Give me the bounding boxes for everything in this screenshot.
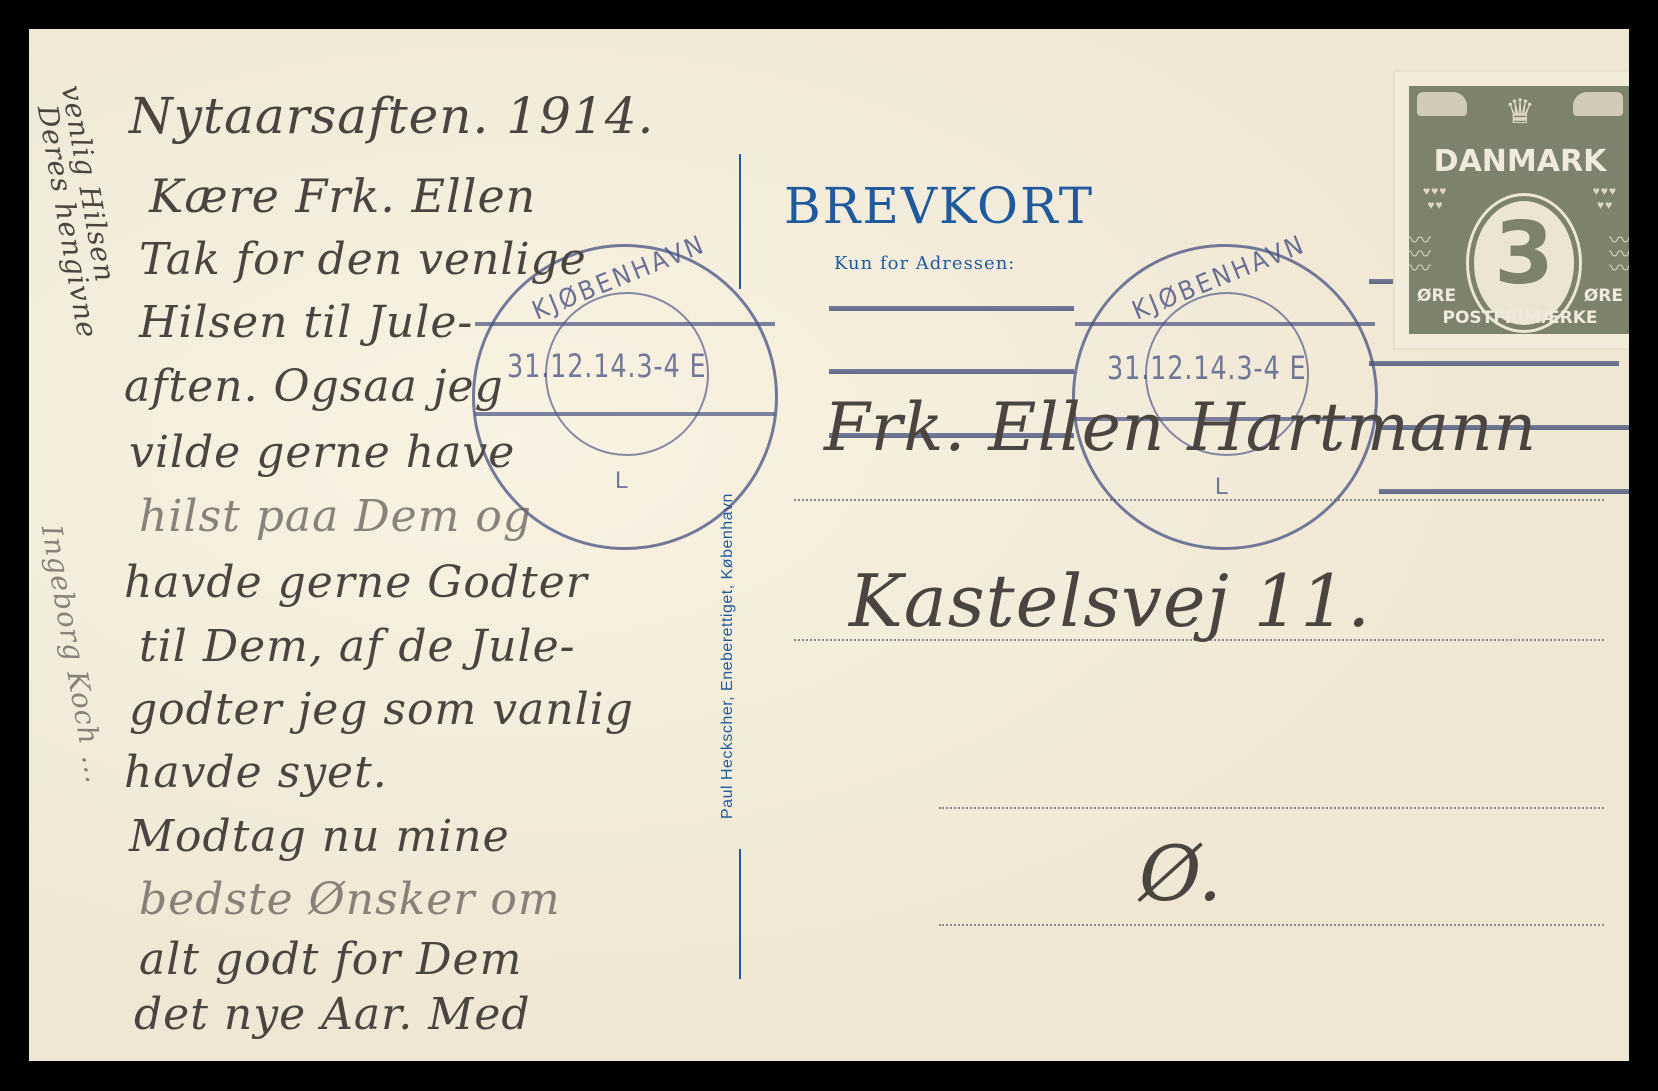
stamp-value: 3 xyxy=(1469,204,1579,304)
divider-bottom xyxy=(739,849,741,979)
message-line: hilst paa Dem og xyxy=(139,491,532,542)
message-line: til Dem, af de Jule- xyxy=(139,621,575,672)
postmark-date: 31.12.14.3-4 E xyxy=(1107,349,1306,387)
message-line: Kære Frk. Ellen xyxy=(149,169,536,223)
postmark-band xyxy=(1075,322,1375,326)
divider-top xyxy=(739,154,741,289)
postage-stamp: ♛ DANMARK ♥♥♥ ♥♥ ♥♥♥ ♥♥ 〰〰〰 〰〰〰 3 ØRE ØR… xyxy=(1395,72,1629,348)
publisher-imprint: Paul Heckscher, Eneberettiget, København xyxy=(719,493,737,819)
stamp-design: ♛ DANMARK ♥♥♥ ♥♥ ♥♥♥ ♥♥ 〰〰〰 〰〰〰 3 ØRE ØR… xyxy=(1409,86,1629,334)
stamp-currency-left: ØRE xyxy=(1417,286,1456,306)
address-recipient: Frk. Ellen Hartmann xyxy=(824,389,1537,466)
wave-icon: 〰〰〰 xyxy=(1409,234,1464,276)
postmark-letter: L xyxy=(615,467,628,495)
cancel-line xyxy=(1369,361,1619,366)
message-line: havde syet. xyxy=(124,747,388,798)
postcard: BREVKORT Kun for Adressen: Paul Hecksche… xyxy=(29,29,1629,1061)
message-line: det nye Aar. Med xyxy=(134,989,531,1040)
postmark-band xyxy=(475,322,775,326)
card-title: BREVKORT xyxy=(784,177,1094,235)
message-line: Hilsen til Jule- xyxy=(139,297,473,348)
heart-icon: ♥♥♥ ♥♥ xyxy=(1423,184,1447,212)
message-line: vilde gerne have xyxy=(129,427,515,478)
card-subtitle: Kun for Adressen: xyxy=(834,253,1015,274)
message-line: alt godt for Dem xyxy=(139,934,522,985)
message-line: aften. Ogsaa jeg xyxy=(124,361,504,412)
wave-icon: 〰〰〰 xyxy=(1576,234,1629,276)
crown-icon: ♛ xyxy=(1495,94,1545,130)
margin-line: Ingeborg Koch ... xyxy=(35,523,113,787)
message-heading: Nytaarsaften. 1914. xyxy=(129,87,654,145)
message-line: havde gerne Godter xyxy=(124,557,588,608)
stamp-country: DANMARK xyxy=(1409,144,1629,179)
message-line: Modtag nu mine xyxy=(129,811,510,862)
stamp-currency-right: ØRE xyxy=(1584,286,1623,306)
postmark-date: 31.12.14.3-4 E xyxy=(507,347,706,385)
cancel-line xyxy=(1379,489,1629,494)
message-line: godter jeg som vanlig xyxy=(129,684,634,735)
lion-icon xyxy=(1573,92,1623,116)
lion-icon xyxy=(1417,92,1467,116)
cancel-line xyxy=(829,369,1074,374)
stamp-label: POSTFRIMÆRKE xyxy=(1409,308,1629,328)
message-line: bedste Ønsker om xyxy=(139,874,561,925)
address-street: Kastelsvej 11. xyxy=(849,559,1371,643)
heart-icon: ♥♥♥ ♥♥ xyxy=(1593,184,1617,212)
postmark-letter: L xyxy=(1215,473,1228,501)
address-line-3 xyxy=(939,807,1604,809)
message-line: Tak for den venlige xyxy=(139,234,587,285)
cancel-line xyxy=(829,306,1074,311)
postmark-band xyxy=(475,412,775,416)
address-district: Ø. xyxy=(1139,829,1223,918)
address-line-4 xyxy=(939,924,1604,926)
